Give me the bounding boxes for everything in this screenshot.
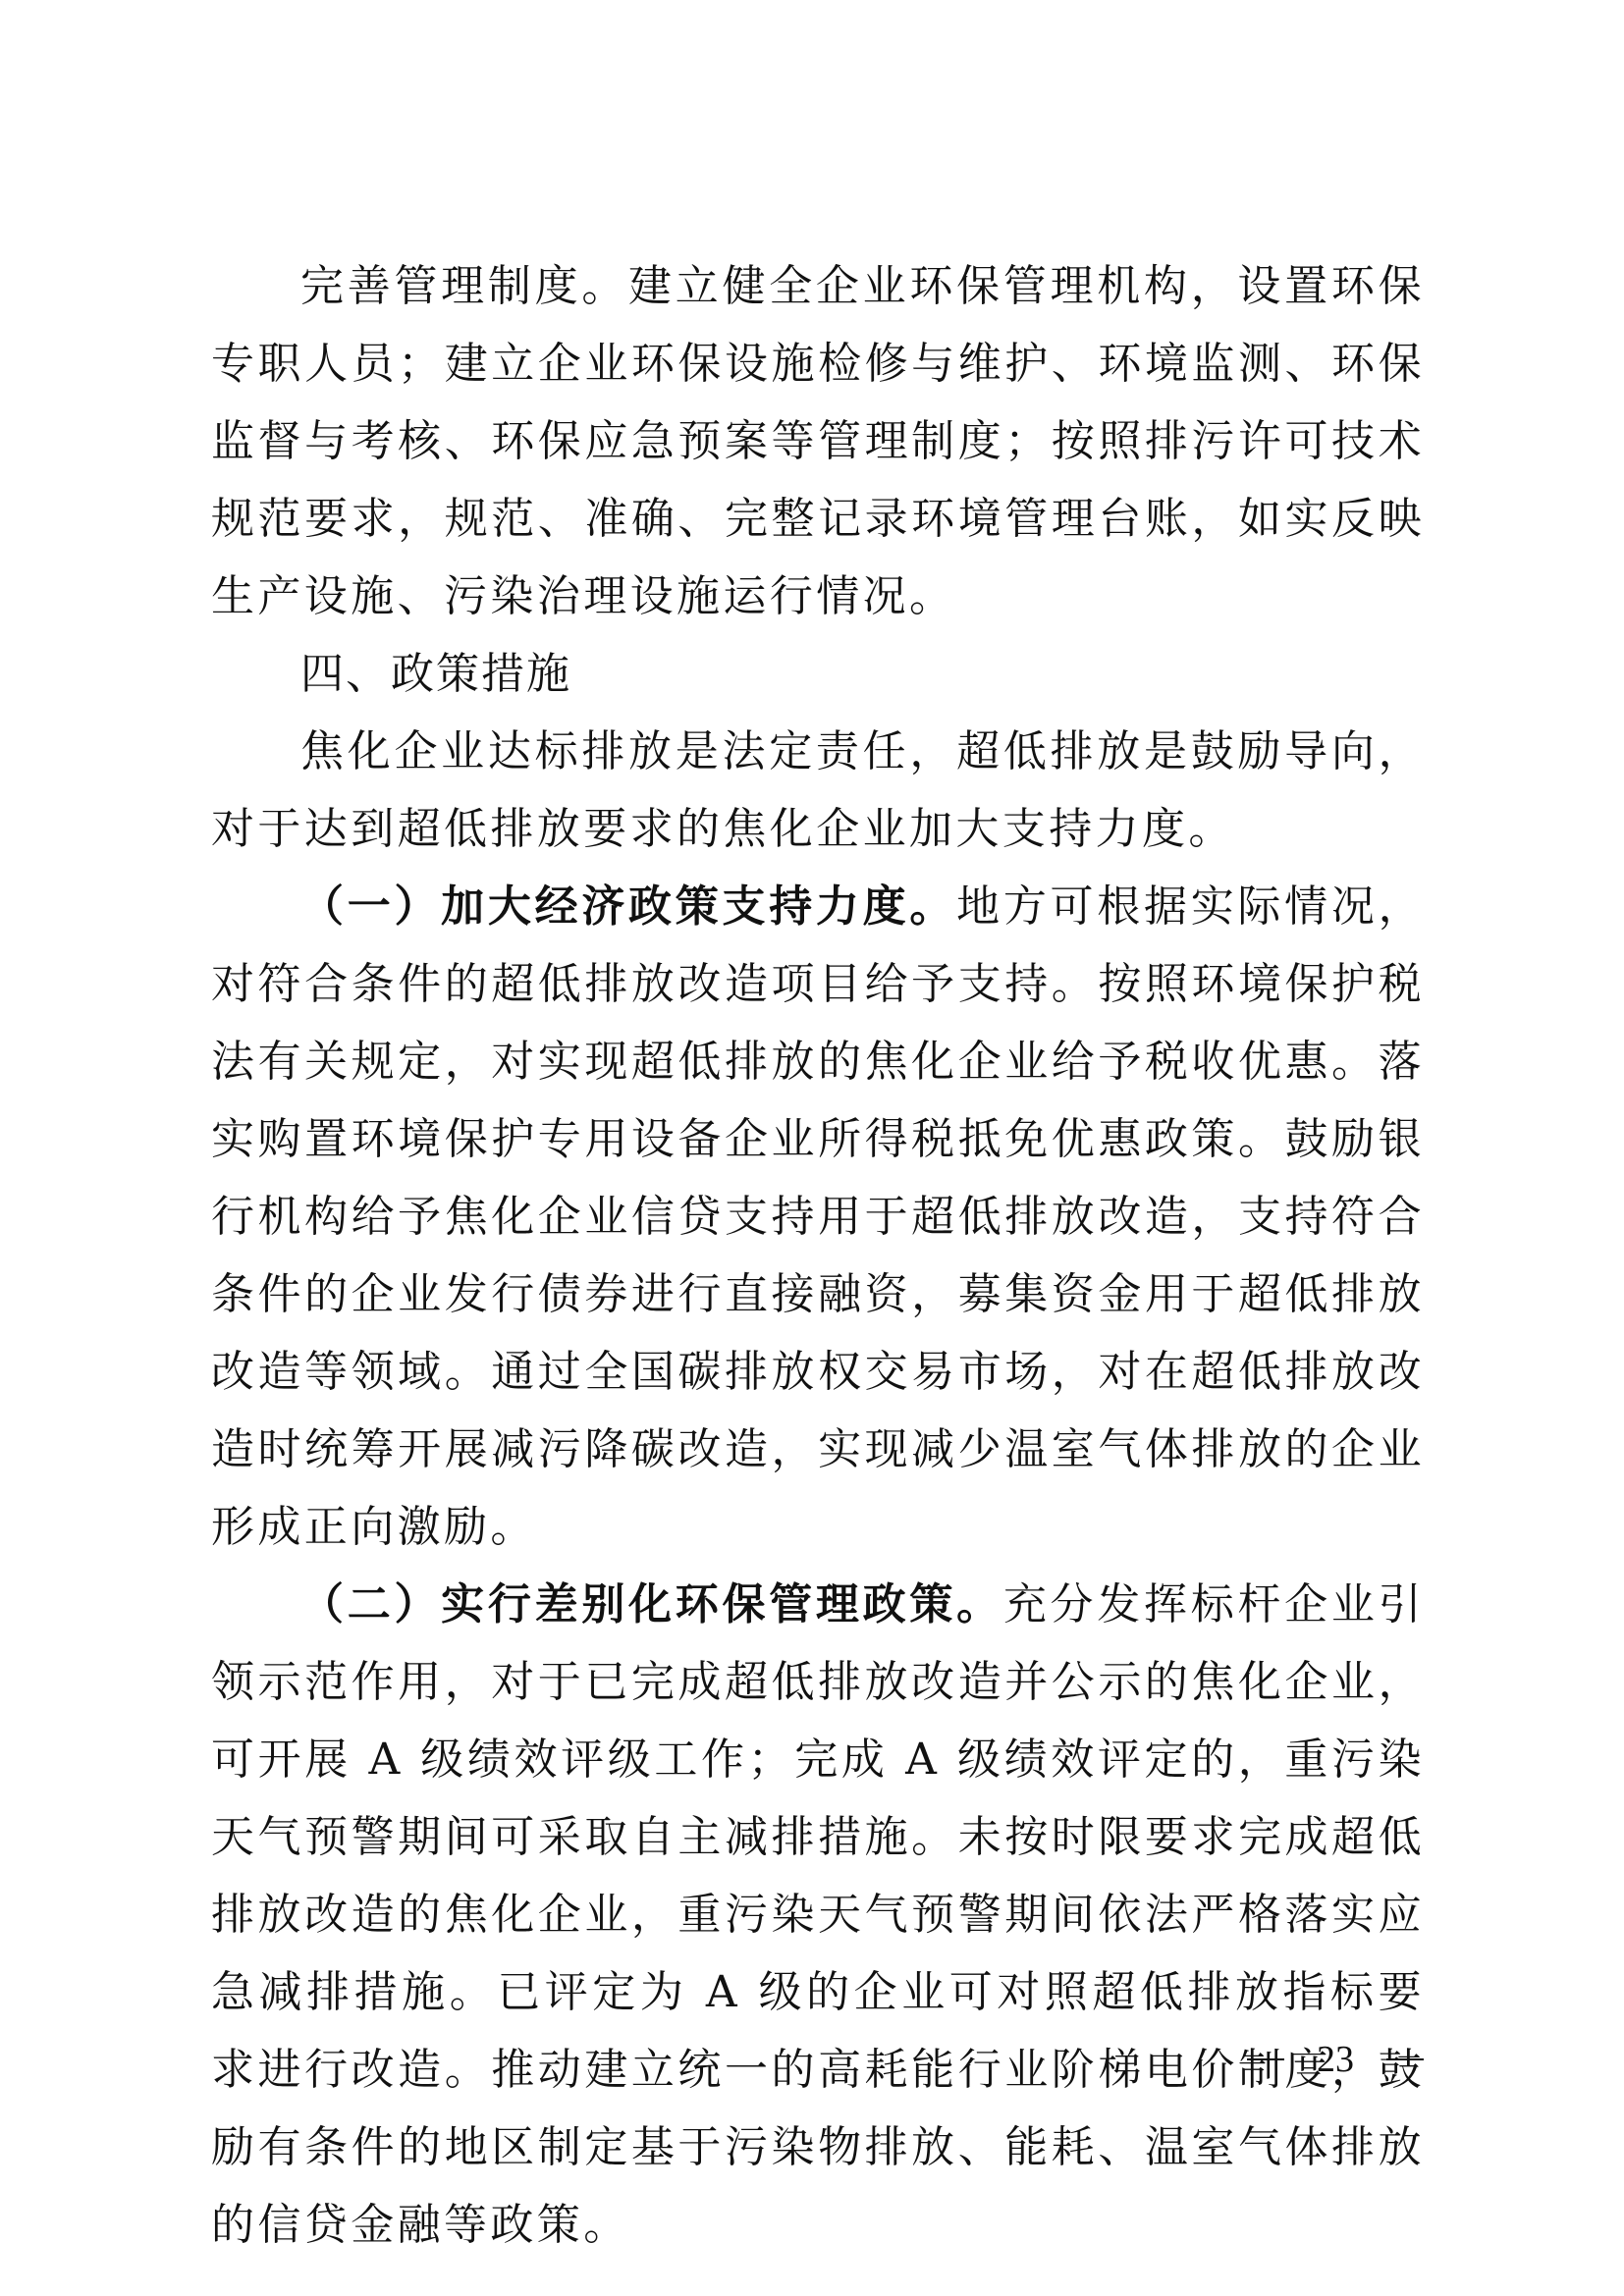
paragraph-economic-policy: （一）加大经济政策支持力度。地方可根据实际情况，对符合条件的超低排放改造项目给予…	[211, 868, 1425, 1566]
document-page: 完善管理制度。建立健全企业环保管理机构，设置环保专职人员；建立企业环保设施检修与…	[0, 0, 1624, 2296]
paragraph-differentiated-management: （二）实行差别化环保管理政策。充分发挥标杆企业引领示范作用，对于已完成超低排放改…	[211, 1566, 1425, 2264]
paragraph-text: 完善管理制度。建立健全企业环保管理机构，设置环保专职人员；建立企业环保设施检修与…	[211, 261, 1425, 621]
paragraph-management-system: 完善管理制度。建立健全企业环保管理机构，设置环保专职人员；建立企业环保设施检修与…	[211, 247, 1425, 635]
paragraph-text: 焦化企业达标排放是法定责任，超低排放是鼓励导向，对于达到超低排放要求的焦化企业加…	[211, 726, 1425, 854]
dash-right-icon	[1386, 2058, 1424, 2060]
document-body: 完善管理制度。建立健全企业环保管理机构，设置环保专职人员；建立企业环保设施检修与…	[211, 247, 1425, 2264]
paragraph-text: 充分发挥标杆企业引领示范作用，对于已完成超低排放改造并公示的焦化企业，可开展 A…	[211, 1579, 1425, 2250]
dash-left-icon	[1247, 2058, 1284, 2060]
page-number: 23	[1317, 2038, 1354, 2081]
heading-text: 四、政策措施	[300, 649, 571, 699]
paragraph-policy-intro: 焦化企业达标排放是法定责任，超低排放是鼓励导向，对于达到超低排放要求的焦化企业加…	[211, 713, 1425, 868]
subheading-differentiated-management: （二）实行差别化环保管理政策。	[300, 1579, 1003, 1629]
paragraph-text: 地方可根据实际情况，对符合条件的超低排放改造项目给予支持。按照环境保护税法有关规…	[211, 881, 1425, 1552]
subheading-economic-policy: （一）加大经济政策支持力度。	[300, 881, 956, 932]
section-heading-policy-measures: 四、政策措施	[211, 635, 1425, 713]
page-footer: 23	[1247, 2038, 1424, 2081]
